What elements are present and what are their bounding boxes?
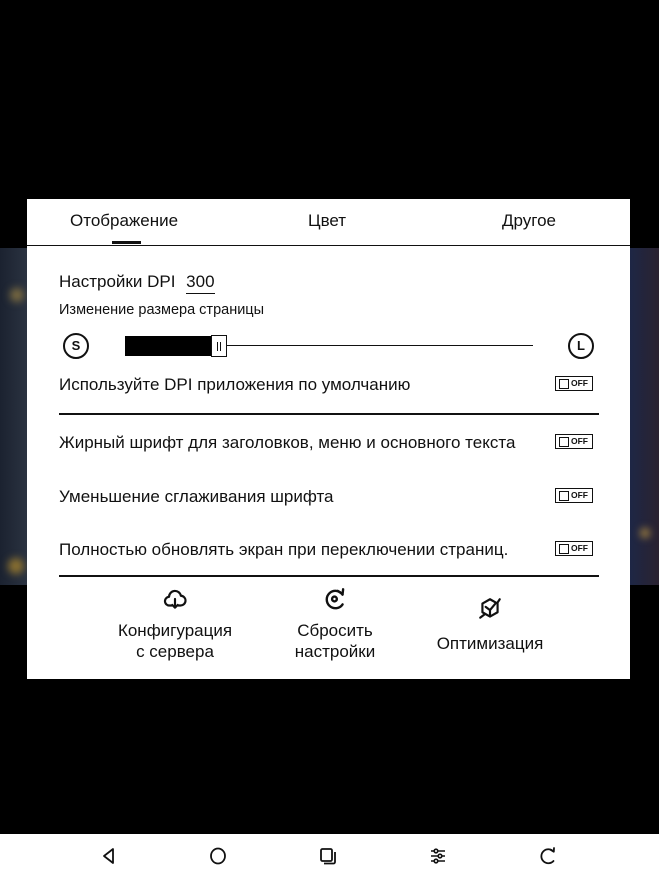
settings-sliders-icon[interactable]	[428, 846, 448, 866]
cloud-download-icon	[162, 586, 188, 612]
page-size-slider[interactable]	[125, 334, 533, 358]
divider	[59, 575, 599, 577]
option-antialias-label: Уменьшение сглаживания шрифта	[59, 487, 334, 507]
optimization-button[interactable]: Оптимизация	[425, 596, 555, 654]
reset-settings-button[interactable]: Сбросить настройки	[275, 586, 395, 662]
display-settings-dialog: Отображение Цвет Другое Настройки DPI 30…	[27, 199, 630, 679]
option-full-refresh-toggle[interactable]: OFF	[555, 541, 593, 556]
divider	[59, 413, 599, 415]
tab-color[interactable]: Цвет	[308, 211, 346, 231]
option-bold-font-label: Жирный шрифт для заголовков, меню и осно…	[59, 433, 515, 453]
system-navigation-bar	[0, 834, 659, 877]
tab-display[interactable]: Отображение	[70, 211, 178, 231]
dpi-value-input[interactable]: 300	[186, 272, 214, 294]
back-icon[interactable]	[99, 846, 119, 866]
config-from-server-label-2: с сервера	[110, 641, 240, 662]
option-antialias-toggle[interactable]: OFF	[555, 488, 593, 503]
reset-settings-label-2: настройки	[275, 641, 395, 662]
tab-bar: Отображение Цвет Другое	[27, 199, 630, 246]
checkbox-icon	[559, 379, 569, 389]
size-small-button[interactable]: S	[63, 333, 89, 359]
option-default-dpi-label: Используйте DPI приложения по умолчанию	[59, 375, 410, 395]
option-bold-font-toggle[interactable]: OFF	[555, 434, 593, 449]
home-icon[interactable]	[208, 846, 228, 866]
optimize-icon	[477, 596, 503, 622]
page-resize-label: Изменение размера страницы	[59, 302, 264, 318]
config-from-server-label-1: Конфигурация	[110, 620, 240, 641]
checkbox-icon	[559, 491, 569, 501]
slider-fill	[125, 336, 219, 356]
dpi-label: Настройки DPI	[59, 272, 175, 291]
reset-settings-label-1: Сбросить	[275, 620, 395, 641]
option-full-refresh-label: Полностью обновлять экран при переключен…	[59, 540, 508, 560]
active-tab-indicator	[112, 241, 141, 244]
config-from-server-button[interactable]: Конфигурация с сервера	[110, 586, 240, 662]
optimization-label: Оптимизация	[425, 633, 555, 654]
size-large-button[interactable]: L	[568, 333, 594, 359]
slider-thumb[interactable]	[211, 335, 227, 357]
checkbox-icon	[559, 544, 569, 554]
recents-icon[interactable]	[318, 846, 338, 866]
reset-icon	[322, 586, 348, 612]
tab-other[interactable]: Другое	[502, 211, 556, 231]
option-default-dpi-toggle[interactable]: OFF	[555, 376, 593, 391]
checkbox-icon	[559, 437, 569, 447]
dpi-setting: Настройки DPI 300	[59, 272, 215, 294]
refresh-icon[interactable]	[538, 846, 558, 866]
